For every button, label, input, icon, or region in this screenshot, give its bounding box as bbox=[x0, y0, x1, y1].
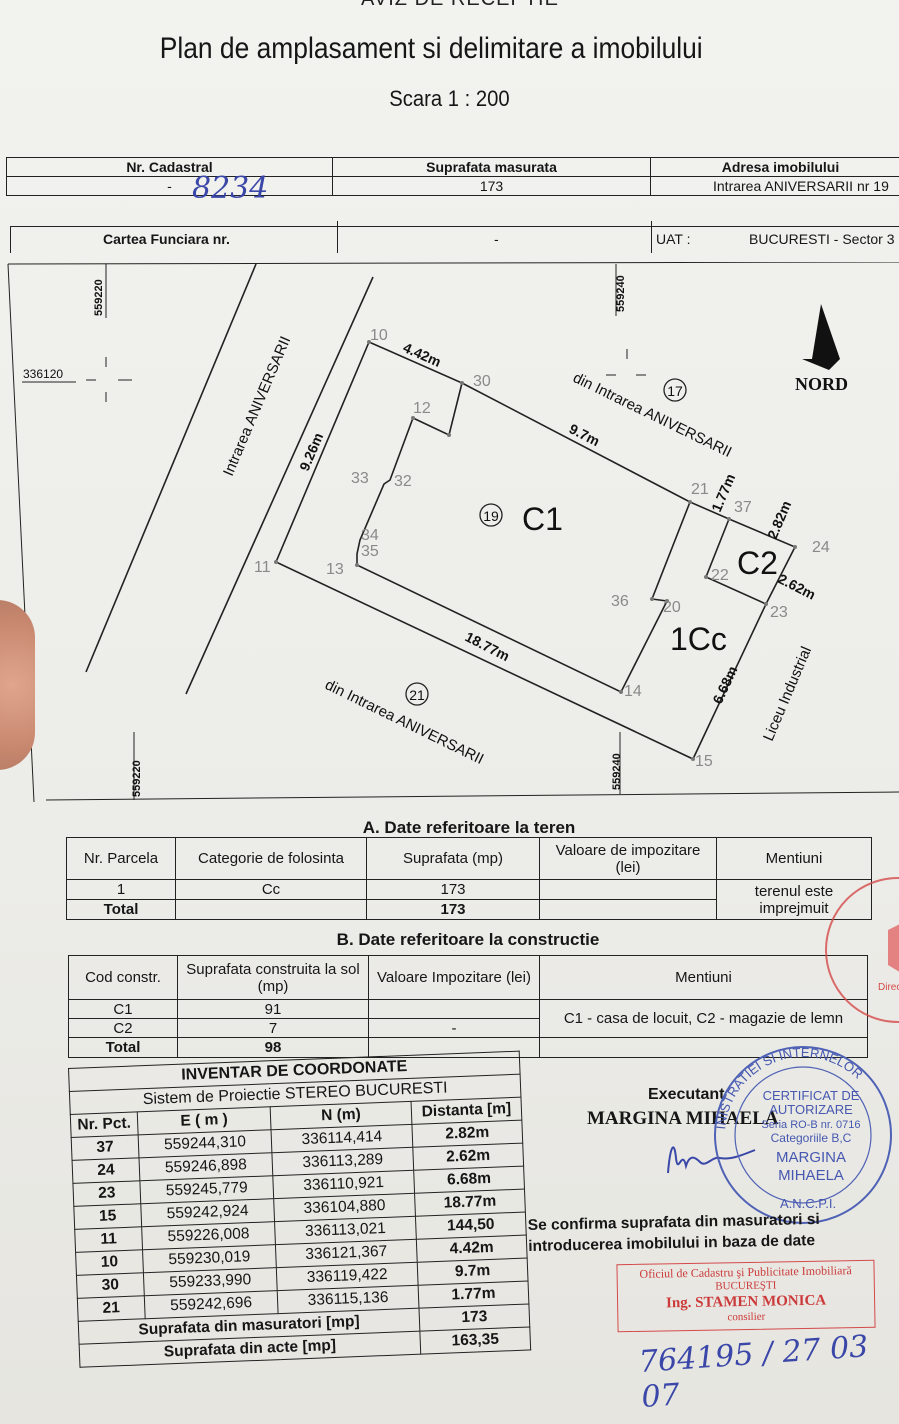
constr-suprafata-c2: 7 bbox=[178, 1019, 369, 1038]
building-label-c2: C2 bbox=[737, 545, 778, 581]
constr-cod-c1: C1 bbox=[69, 1000, 178, 1019]
section-a-table: Nr. Parcela Categorie de folosinta Supra… bbox=[66, 837, 872, 920]
table-row: 1 Cc 173 terenul este imprejmuit bbox=[67, 880, 872, 900]
uat-value: BUCURESTI - Sector 3 bbox=[749, 231, 894, 247]
coord-pct: 23 bbox=[73, 1181, 141, 1207]
coordinate-inventory-table: INVENTAR DE COORDONATE Sistem de Proiect… bbox=[68, 1051, 531, 1368]
coord-pct: 37 bbox=[71, 1135, 139, 1161]
point-32: 32 bbox=[394, 473, 412, 490]
header-valoare-impozitare: Valoare Impozitare (lei) bbox=[369, 956, 540, 1000]
point-33: 33 bbox=[351, 470, 369, 487]
nr-cadastral-handwritten: 8234 bbox=[192, 171, 268, 206]
distance-15-11: 18.77m bbox=[463, 628, 513, 664]
total-label-b: Total bbox=[69, 1038, 178, 1058]
north-label: NORD bbox=[795, 374, 848, 394]
stamp-line6: MIHAELA bbox=[778, 1167, 844, 1184]
header-cod-constr: Cod constr. bbox=[69, 956, 178, 1000]
plan-frame-bottom bbox=[46, 792, 899, 800]
street-label-east: Liceu Industrial bbox=[760, 644, 815, 744]
grid-label-e559220-bottom: 559220 bbox=[131, 760, 143, 797]
plan-frame-top bbox=[8, 262, 899, 264]
coord-pct: 15 bbox=[74, 1204, 142, 1230]
confirmation-text: Se confirma suprafata din masuratori si … bbox=[528, 1209, 821, 1257]
page-title: Plan de amplasament si delimitare a imob… bbox=[0, 32, 862, 66]
coord-pct: 30 bbox=[76, 1273, 144, 1299]
point-15: 15 bbox=[695, 753, 713, 770]
point-37: 37 bbox=[734, 499, 752, 516]
point-23: 23 bbox=[770, 604, 788, 621]
adresa-value: Intrarea ANIVERSARII nr 19 bbox=[651, 177, 899, 196]
neighbor-number-21: 21 bbox=[409, 687, 425, 703]
distance-24-23: 2.62m bbox=[776, 570, 819, 602]
stamp-line1: CERTIFICAT DE bbox=[763, 1088, 860, 1103]
distance-37-24: 2.82m bbox=[764, 498, 794, 541]
point-20: 20 bbox=[663, 599, 681, 616]
north-arrow-icon bbox=[802, 304, 840, 370]
constr-suprafata-c1: 91 bbox=[178, 1000, 369, 1019]
stamp-line5: MARGINA bbox=[776, 1149, 846, 1166]
point-22: 22 bbox=[711, 567, 729, 584]
parcela-valoare bbox=[540, 880, 717, 900]
site-plan-drawing: 559220 559240 336120 559220 559240 NORD … bbox=[6, 262, 899, 802]
total-label: Total bbox=[67, 900, 176, 920]
header-table: Nr. Cadastral Suprafata masurata Adresa … bbox=[6, 157, 899, 196]
point-13: 13 bbox=[326, 561, 344, 578]
header-valoare: Valoare de impozitare (lei) bbox=[540, 838, 717, 880]
point-30: 30 bbox=[473, 373, 491, 390]
coord-pct: 11 bbox=[75, 1227, 143, 1253]
street-label-west: Intrarea ANIVERSARII bbox=[220, 334, 294, 479]
coord-pct: 24 bbox=[72, 1158, 140, 1184]
scale-label: Scara 1 : 200 bbox=[36, 86, 863, 112]
total-suprafata: 173 bbox=[367, 900, 540, 920]
point-14: 14 bbox=[624, 683, 642, 700]
ancpi-red-stamp: Director bbox=[818, 870, 899, 1030]
building-c1-outline bbox=[357, 383, 690, 692]
parcela-nr: 1 bbox=[67, 880, 176, 900]
authorization-stamp: MINISTERUL ADMINISTRATIEI SI INTERNELOR … bbox=[708, 1040, 898, 1230]
adresa-label: Adresa imobilului bbox=[651, 158, 899, 177]
constr-valoare-c1 bbox=[369, 1000, 540, 1019]
constr-valoare-c2: - bbox=[369, 1019, 540, 1038]
street-label-south: din Intrarea ANIVERSARII bbox=[322, 676, 486, 768]
building-label-c1: C1 bbox=[522, 501, 563, 537]
point-11: 11 bbox=[254, 559, 271, 576]
grid-label-e559240-bottom: 559240 bbox=[611, 753, 623, 790]
nr-cadastral-label: Nr. Cadastral bbox=[7, 158, 333, 177]
header-nr-pct: Nr. Pct. bbox=[70, 1112, 138, 1138]
red-stamp-center: Director bbox=[878, 982, 899, 993]
point-34: 34 bbox=[361, 527, 379, 544]
nr-cadastral-value: - bbox=[167, 178, 172, 194]
header-suprafata: Suprafata (mp) bbox=[367, 838, 540, 880]
header-suprafata-construita: Suprafata construita la sol (mp) bbox=[178, 956, 369, 1000]
parcel-label-1cc: 1Cc bbox=[670, 621, 727, 657]
nr-cadastral-cell: - 8234 bbox=[7, 177, 333, 196]
parcela-categorie: Cc bbox=[176, 880, 367, 900]
grid-label-e559220-top: 559220 bbox=[93, 279, 105, 316]
point-35: 35 bbox=[361, 543, 379, 560]
constr-cod-c2: C2 bbox=[69, 1019, 178, 1038]
own-number-19: 19 bbox=[483, 508, 499, 524]
section-a-title: A. Date referitoare la teren bbox=[66, 818, 872, 838]
suprafata-acte-value: 163,35 bbox=[420, 1327, 531, 1354]
point-12: 12 bbox=[413, 400, 431, 417]
stamp-line4: Categoriile B,C bbox=[771, 1131, 852, 1145]
grid-label-e559240-top: 559240 bbox=[615, 275, 627, 312]
distance-23-15: 6.68m bbox=[709, 664, 740, 707]
point-36: 36 bbox=[611, 593, 629, 610]
header-nr-parcela: Nr. Parcela bbox=[67, 838, 176, 880]
cut-off-header: AVIZ DE RECEPTIE bbox=[250, 0, 670, 8]
parcela-suprafata: 173 bbox=[367, 880, 540, 900]
coord-pct: 10 bbox=[76, 1250, 144, 1276]
section-b-title: B. Date referitoare la constructie bbox=[68, 930, 868, 950]
total-suprafata-b: 98 bbox=[178, 1038, 369, 1058]
suprafata-masurata-value: 173 bbox=[333, 177, 651, 196]
suprafata-masurata-label: Suprafata masurata bbox=[333, 158, 651, 177]
neighbor-number-17: 17 bbox=[667, 383, 683, 399]
stamp-line2: AUTORIZARE bbox=[769, 1102, 853, 1117]
ocpi-stamp: Oficiul de Cadastru şi Publicitate Imobi… bbox=[616, 1260, 875, 1332]
uat-label: UAT : bbox=[656, 231, 691, 247]
point-24: 24 bbox=[812, 539, 830, 556]
table-row: C1 91 C1 - casa de locuit, C2 - magazie … bbox=[69, 1000, 868, 1019]
stamp-line3: Seria RO-B nr. 0716 bbox=[761, 1119, 860, 1131]
distance-30-21: 9.7m bbox=[567, 420, 603, 449]
point-21: 21 bbox=[691, 481, 709, 498]
grid-label-n336120: 336120 bbox=[23, 367, 63, 381]
carte-funciara-row: Cartea Funciara nr. - UAT : BUCURESTI - … bbox=[10, 226, 899, 253]
header-categorie: Categorie de folosinta bbox=[176, 838, 367, 880]
carte-funciara-value: - bbox=[494, 231, 499, 247]
finger-occlusion bbox=[0, 600, 35, 770]
carte-funciara-label: Cartea Funciara nr. bbox=[103, 231, 230, 247]
point-10: 10 bbox=[370, 327, 388, 344]
coord-pct: 21 bbox=[77, 1296, 145, 1322]
